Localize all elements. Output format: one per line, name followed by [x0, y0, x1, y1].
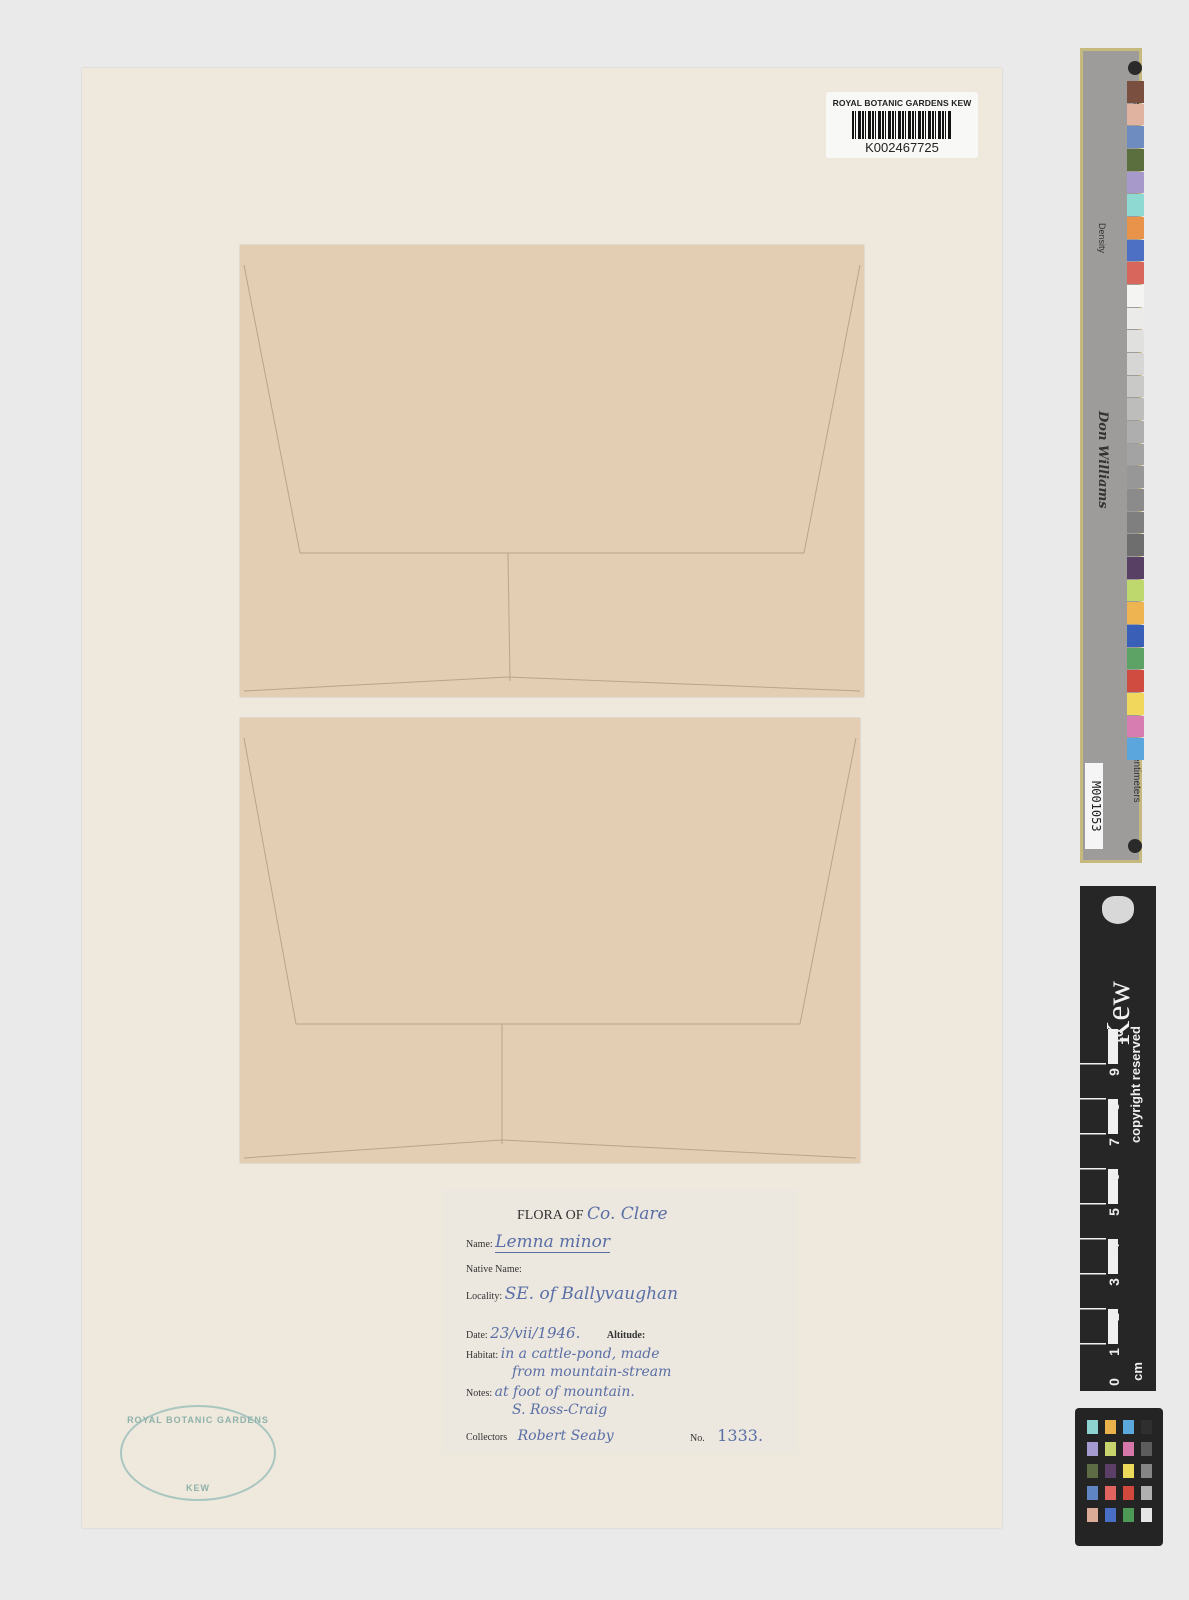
flora-region: Co. Clare — [587, 1204, 668, 1224]
kew-crest-icon — [1102, 896, 1134, 924]
color-swatch — [1127, 512, 1144, 534]
color-swatch — [1127, 421, 1144, 443]
name-field: Name: Lemna minor — [466, 1232, 610, 1252]
registration-dot-icon — [1128, 839, 1142, 853]
cm-unit-label: cm — [1130, 1362, 1145, 1381]
collector-2: Robert Seaby — [518, 1428, 614, 1444]
checker-patch — [1087, 1442, 1098, 1456]
color-swatch — [1127, 81, 1144, 103]
color-swatch — [1127, 194, 1144, 216]
color-swatch — [1127, 648, 1144, 670]
notes-value: at foot of mountain. — [495, 1384, 635, 1400]
color-swatch — [1127, 285, 1144, 307]
color-swatch — [1127, 444, 1144, 466]
cm-tick-labels: 10 9 8 7 6 5 4 3 2 1 0 — [1110, 1029, 1130, 1389]
checker-patch — [1105, 1442, 1116, 1456]
specimen-label: FLORA OF Co. Clare Name: Lemna minor Nat… — [442, 1188, 798, 1454]
color-swatch — [1127, 580, 1144, 602]
color-swatch — [1127, 466, 1144, 488]
habitat-field: Habitat: in a cattle-pond, made — [466, 1346, 660, 1362]
brand-label: Don Williams — [1095, 411, 1110, 509]
color-swatch — [1127, 398, 1144, 420]
color-swatch — [1127, 602, 1144, 624]
checker-patch — [1141, 1486, 1152, 1500]
kew-herbarium-stamp: ROYAL BOTANIC GARDENS KEW — [120, 1405, 276, 1501]
native-name-field: Native Name: — [466, 1264, 522, 1275]
checker-patch — [1123, 1508, 1134, 1522]
color-bar-serial: M001053 — [1085, 763, 1103, 849]
color-swatch — [1127, 353, 1144, 375]
checker-patch — [1087, 1486, 1098, 1500]
locality-field: Locality: SE. of Ballyvaughan — [466, 1284, 678, 1304]
checker-patch — [1141, 1442, 1152, 1456]
specimen-envelope-bottom — [240, 718, 860, 1163]
collection-number-field: No. 1333. — [690, 1426, 763, 1445]
checker-patch — [1123, 1486, 1134, 1500]
color-swatch — [1127, 172, 1144, 194]
checker-patch — [1087, 1464, 1098, 1478]
checker-patch — [1123, 1442, 1134, 1456]
checker-patch — [1087, 1420, 1098, 1434]
color-swatch — [1127, 557, 1144, 579]
checker-patch — [1105, 1464, 1116, 1478]
color-swatch — [1127, 625, 1144, 647]
altitude-label: Altitude: — [607, 1330, 645, 1341]
color-calibration-bar: inches centimeters Density Don Williams … — [1080, 48, 1142, 863]
checker-patch — [1105, 1486, 1116, 1500]
color-swatch — [1127, 262, 1144, 284]
color-swatch — [1127, 716, 1144, 738]
barcode-institution: ROYAL BOTANIC GARDENS KEW — [826, 98, 978, 108]
checker-patch — [1123, 1420, 1134, 1434]
color-swatch — [1127, 104, 1144, 126]
collector-1: S. Ross-Craig — [512, 1402, 607, 1418]
collection-number: 1333. — [717, 1426, 763, 1445]
color-swatch — [1127, 240, 1144, 262]
color-checker-card — [1075, 1408, 1163, 1546]
color-swatch — [1127, 489, 1144, 511]
copyright-text: copyright reserved — [1128, 1026, 1143, 1143]
envelope-fold-lines-icon — [240, 718, 860, 1163]
color-swatch — [1127, 534, 1144, 556]
notes-field: Notes: at foot of mountain. — [466, 1384, 635, 1400]
habitat-value-line1: in a cattle-pond, made — [501, 1346, 660, 1362]
date-field: Date: 23/vii/1946. Altitude: — [466, 1324, 645, 1342]
color-swatch — [1127, 149, 1144, 171]
checker-patch — [1123, 1464, 1134, 1478]
taxon-name: Lemna minor — [495, 1232, 610, 1253]
checker-patch — [1105, 1420, 1116, 1434]
checker-patch — [1141, 1464, 1152, 1478]
barcode-label: ROYAL BOTANIC GARDENS KEW K002467725 — [826, 92, 978, 158]
checker-patch — [1141, 1420, 1152, 1434]
barcode-icon — [852, 111, 952, 139]
collectors-field: Collectors Robert Seaby — [466, 1428, 614, 1444]
barcode-number: K002467725 — [826, 140, 978, 155]
density-label: Density — [1097, 223, 1107, 253]
color-swatch — [1127, 670, 1144, 692]
date-value: 23/vii/1946. — [490, 1324, 580, 1342]
specimen-envelope-top — [240, 245, 864, 697]
checker-patch — [1087, 1508, 1098, 1522]
registration-dot-icon — [1128, 61, 1142, 75]
color-swatch — [1127, 693, 1144, 715]
color-swatch — [1127, 330, 1144, 352]
locality-value: SE. of Ballyvaughan — [505, 1284, 679, 1304]
kew-scale-bar: Kew copyright reserved 10 9 8 7 6 5 4 3 — [1080, 886, 1156, 1391]
envelope-fold-lines-icon — [240, 245, 864, 697]
color-swatch — [1127, 376, 1144, 398]
color-swatch — [1127, 126, 1144, 148]
checker-patch — [1105, 1508, 1116, 1522]
color-swatch — [1127, 308, 1144, 330]
flora-heading: FLORA OF Co. Clare — [517, 1204, 668, 1224]
checker-patch — [1141, 1508, 1152, 1522]
habitat-value-line2: from mountain-stream — [512, 1364, 671, 1380]
color-swatch — [1127, 217, 1144, 239]
color-swatch — [1127, 738, 1144, 760]
